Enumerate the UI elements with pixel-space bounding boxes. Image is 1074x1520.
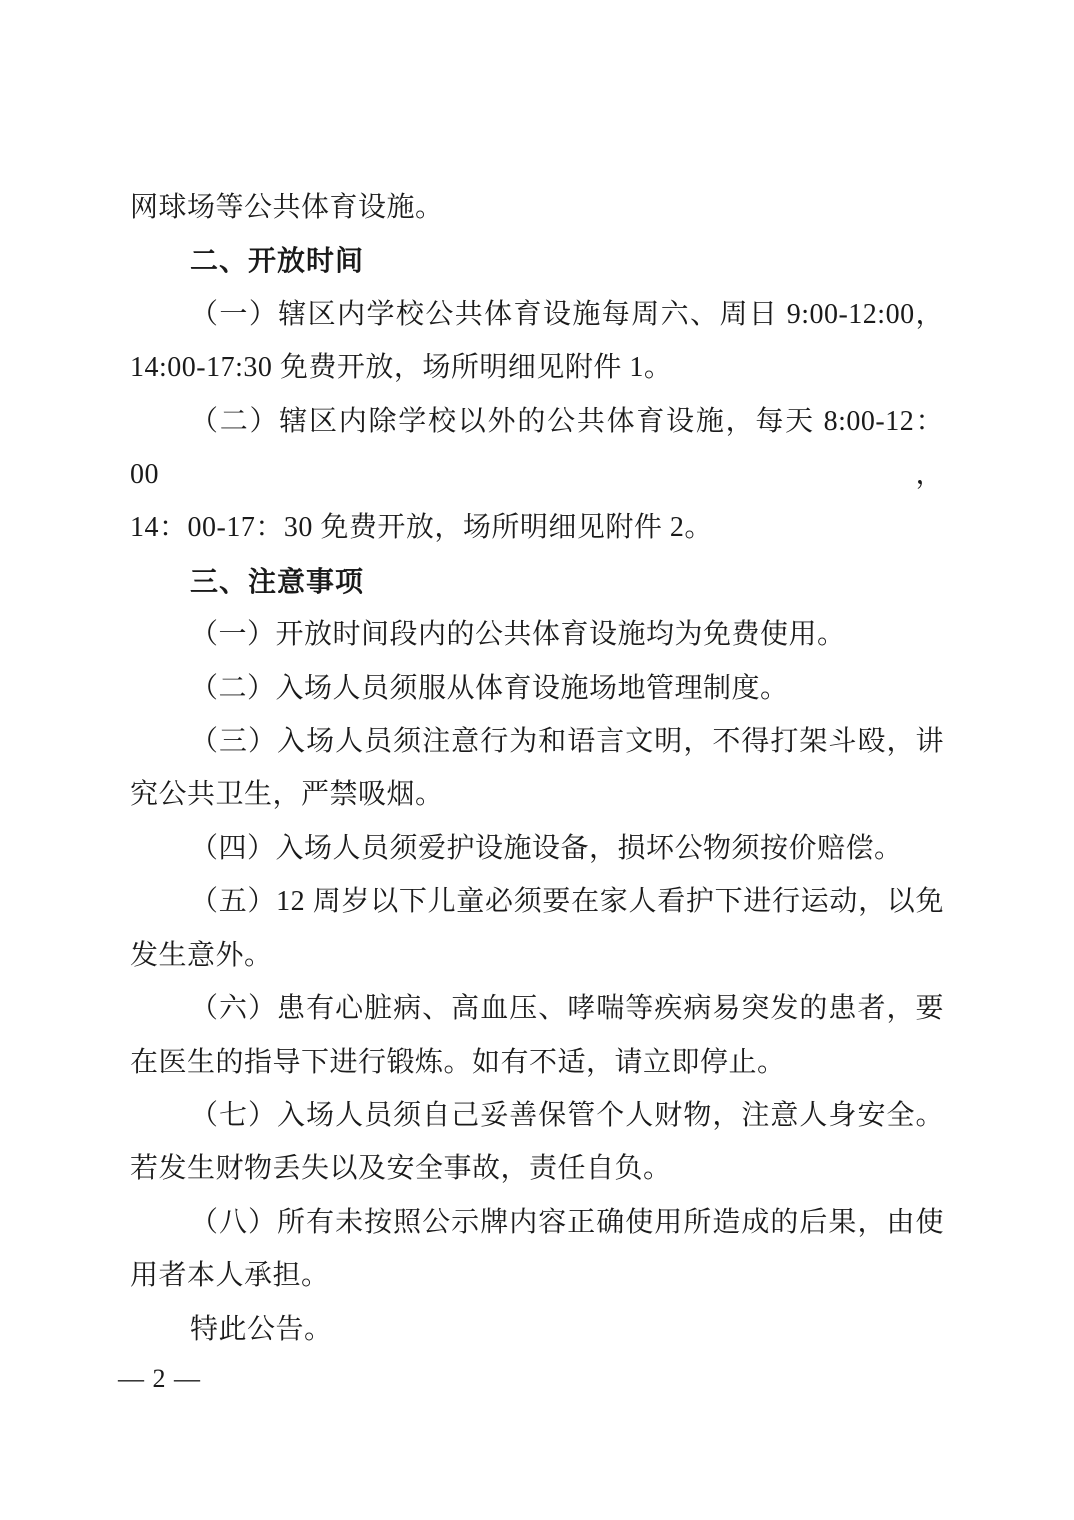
text-line: （八）所有未按照公示牌内容正确使用所造成的后果，由使 xyxy=(130,1196,944,1249)
text-line: 特此公告。 xyxy=(130,1303,944,1356)
document-body: 网球场等公共体育设施。二、开放时间（一）辖区内学校公共体育设施每周六、周日 9:… xyxy=(130,181,944,1356)
document-page: 网球场等公共体育设施。二、开放时间（一）辖区内学校公共体育设施每周六、周日 9:… xyxy=(0,0,1074,1520)
text-line: （五）12 周岁以下儿童必须要在家人看护下进行运动，以免 xyxy=(130,875,944,928)
text-line: （一）开放时间段内的公共体育设施均为免费使用。 xyxy=(130,608,944,661)
text-line: 在医生的指导下进行锻炼。如有不适，请立即停止。 xyxy=(130,1036,944,1089)
section-heading: 二、开放时间 xyxy=(130,234,944,287)
text-line: （一）辖区内学校公共体育设施每周六、周日 9:00-12:00， xyxy=(130,288,944,341)
text-line: 发生意外。 xyxy=(130,929,944,982)
text-line: 究公共卫生，严禁吸烟。 xyxy=(130,768,944,821)
text-line: （七）入场人员须自己妥善保管个人财物，注意人身安全。 xyxy=(130,1089,944,1142)
text-line: 网球场等公共体育设施。 xyxy=(130,181,944,234)
text-line: （二）入场人员须服从体育设施场地管理制度。 xyxy=(130,662,944,715)
text-line: 14：00-17：30 免费开放，场所明细见附件 2。 xyxy=(130,501,944,554)
text-line: （三）入场人员须注意行为和语言文明，不得打架斗殴，讲 xyxy=(130,715,944,768)
page-number: — 2 — xyxy=(118,1363,201,1395)
text-line: （六）患有心脏病、高血压、哮喘等疾病易突发的患者，要 xyxy=(130,982,944,1035)
text-line: （四）入场人员须爱护设施设备，损坏公物须按价赔偿。 xyxy=(130,822,944,875)
section-heading: 三、注意事项 xyxy=(130,555,944,608)
text-line: 14:00-17:30 免费开放，场所明细见附件 1。 xyxy=(130,341,944,394)
text-line: （二）辖区内除学校以外的公共体育设施，每天 8:00-12：00， xyxy=(130,395,944,502)
text-line: 若发生财物丢失以及安全事故，责任自负。 xyxy=(130,1142,944,1195)
text-line: 用者本人承担。 xyxy=(130,1249,944,1302)
